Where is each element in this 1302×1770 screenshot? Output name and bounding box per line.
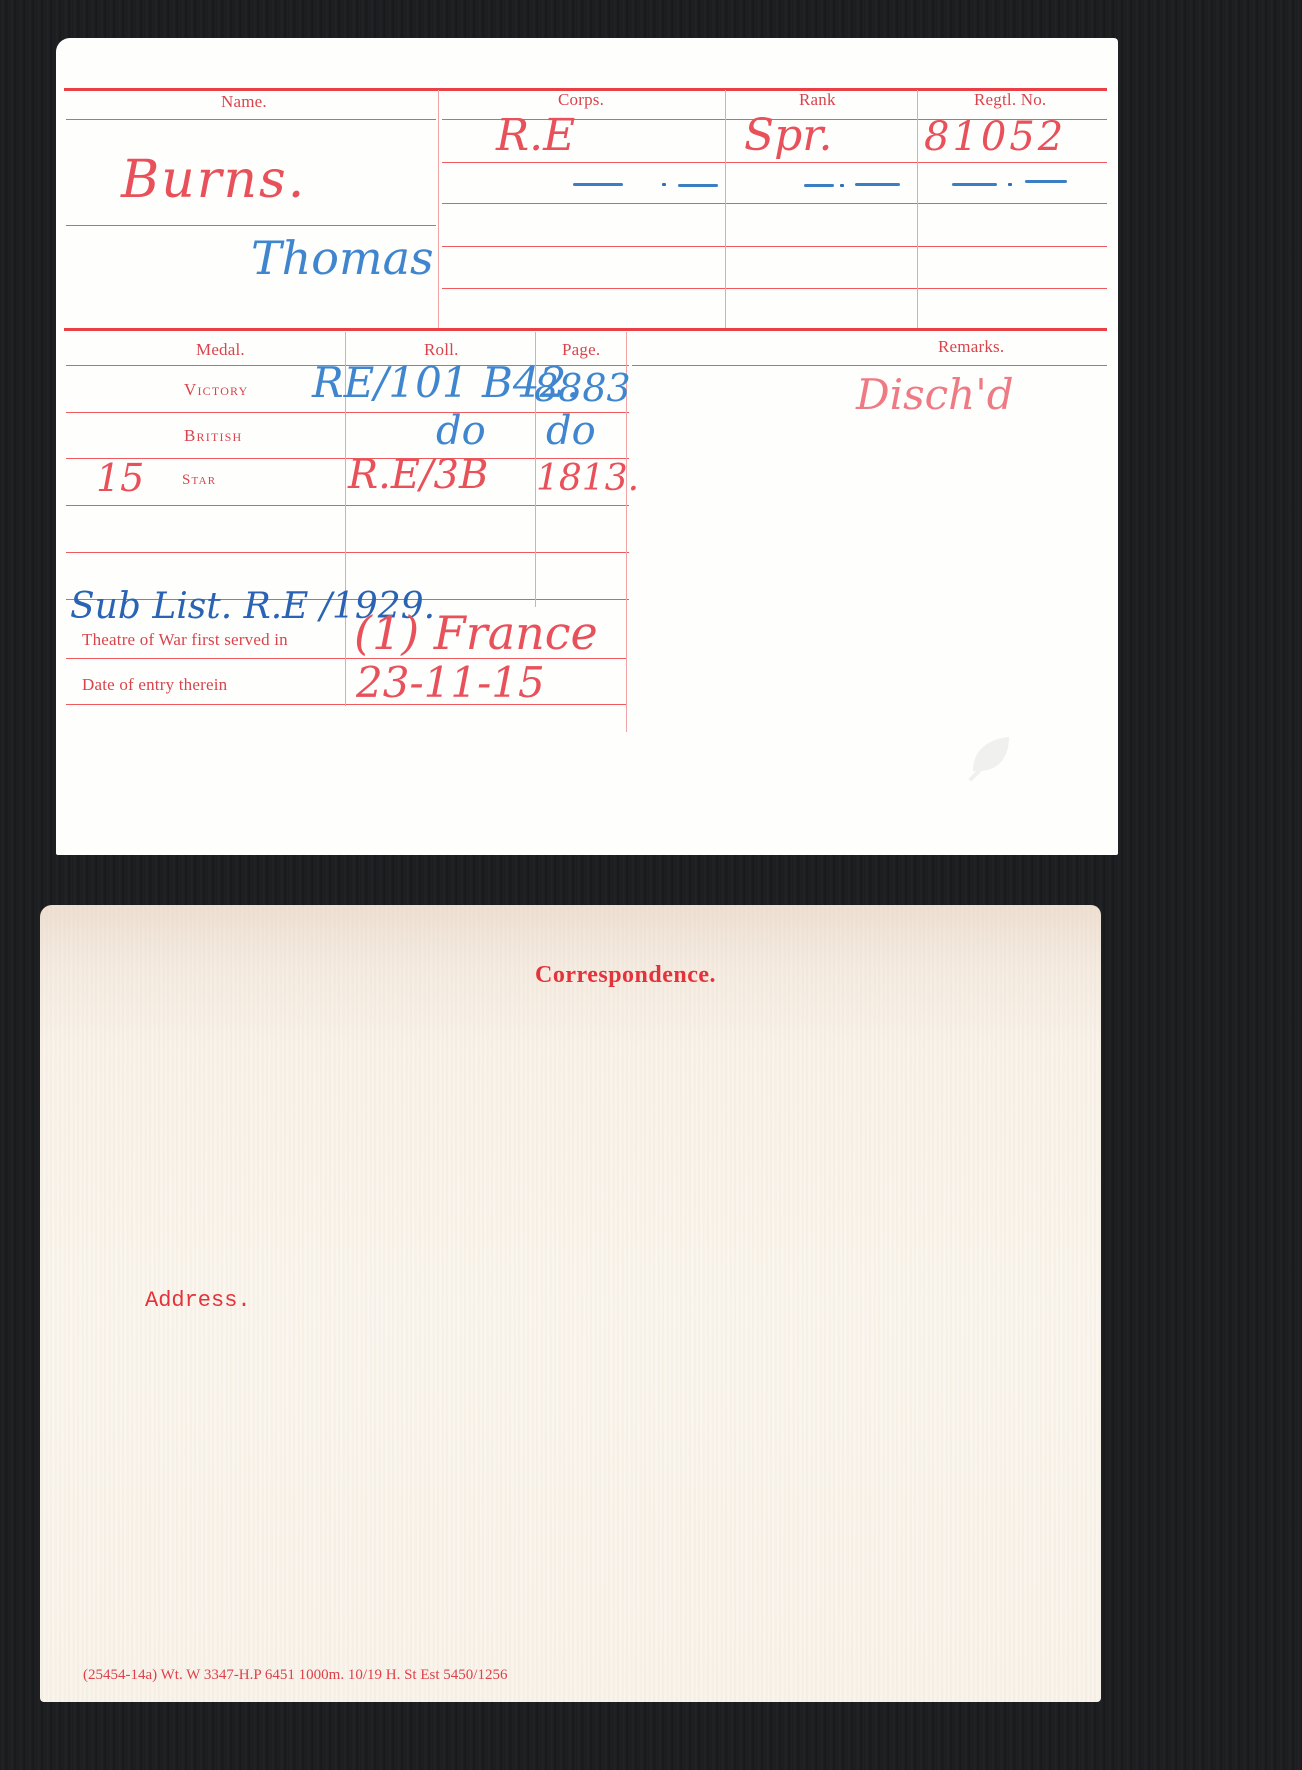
corps-header: Corps. (558, 90, 604, 110)
rule (442, 162, 1107, 163)
star-prefix: 15 (96, 456, 144, 500)
remarks-header: Remarks. (938, 337, 1004, 357)
theatre-value: (1) France (354, 606, 598, 660)
ditto-mark (1008, 183, 1012, 186)
ditto-mark (1025, 180, 1067, 183)
regtl-no-header: Regtl. No. (974, 90, 1046, 110)
medal-name-british: British (184, 426, 242, 446)
corps-entry: R.E (496, 110, 575, 161)
ditto-mark (573, 183, 623, 186)
rule (66, 552, 629, 553)
rule (66, 505, 629, 506)
page-victory: 8883 (534, 366, 631, 410)
medal-index-card-back: Correspondence. Address. (25454-14a) Wt.… (40, 905, 1101, 1702)
forename-entry: Thomas (251, 231, 434, 285)
theatre-label: Theatre of War first served in (82, 630, 288, 650)
column-divider (725, 90, 726, 330)
rule-medal-top (64, 328, 1107, 331)
date-label: Date of entry therein (82, 675, 227, 695)
correspondence-heading: Correspondence. (535, 962, 716, 989)
ditto-mark (662, 183, 666, 186)
ditto-mark (840, 184, 844, 187)
page-header: Page. (562, 340, 600, 360)
regtl-no-entry: 81052 (924, 114, 1066, 160)
name-header: Name. (221, 92, 267, 112)
column-divider (917, 90, 918, 330)
rule (66, 119, 436, 120)
roll-header: Roll. (424, 340, 459, 360)
ditto-mark (678, 184, 718, 187)
ditto-mark (804, 184, 834, 187)
rule (632, 365, 1107, 366)
date-value: 23-11-15 (356, 658, 545, 707)
page-british: do (546, 408, 596, 454)
column-divider (438, 90, 439, 330)
roll-british: do (436, 408, 486, 454)
rule (66, 412, 629, 413)
rule (66, 225, 436, 226)
leaf-watermark-icon (965, 731, 1015, 781)
rank-header: Rank (799, 90, 836, 110)
rule (442, 246, 1107, 247)
surname-entry: Burns. (121, 150, 306, 210)
medal-index-card-front: Name. Corps. Rank Regtl. No. Burns. Thom… (56, 38, 1118, 855)
printer-imprint: (25454-14a) Wt. W 3347-H.P 6451 1000m. 1… (83, 1667, 507, 1684)
rule (442, 288, 1107, 289)
page-star: 1813. (536, 458, 639, 499)
ditto-mark (855, 183, 900, 186)
remarks-entry: Disch'd (856, 370, 1014, 419)
address-label: Address. (145, 1288, 251, 1313)
medal-name-star: Star (182, 472, 216, 489)
rank-entry: Spr. (744, 110, 833, 161)
ditto-mark (952, 183, 997, 186)
medal-name-victory: Victory (184, 380, 248, 400)
rule (442, 203, 1107, 204)
medal-header: Medal. (196, 340, 245, 360)
roll-star: R.E/3B (348, 452, 488, 498)
